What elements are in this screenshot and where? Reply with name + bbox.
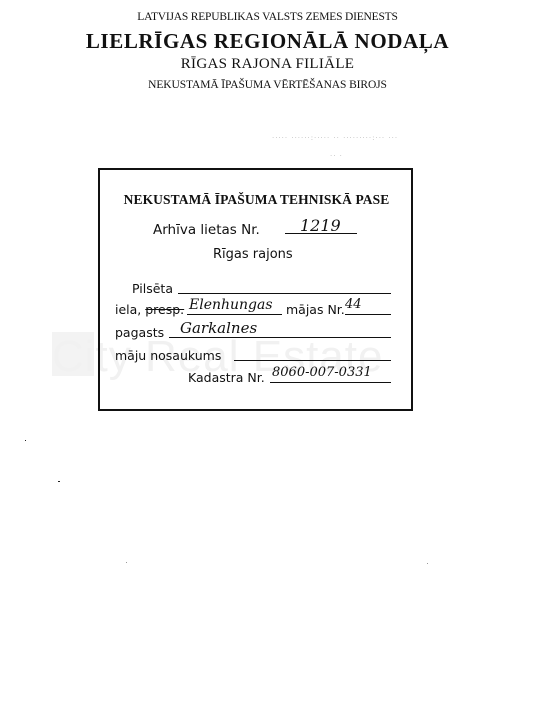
house-name-label: māju nosaukums <box>115 348 221 363</box>
header-office: NEKUSTAMĀ ĪPAŠUMA VĒRTĒŠANAS BIROJS <box>0 79 535 91</box>
form-title: NEKUSTAMĀ ĪPAŠUMA TEHNISKĀ PASE <box>104 192 409 208</box>
parish-label: pagasts <box>115 325 164 340</box>
house-number-label: mājas Nr. <box>286 302 345 317</box>
header-regional-department: LIELRĪGAS REGIONĀLĀ NODAĻA <box>0 29 535 54</box>
street-label-prefix: iela, <box>115 302 145 317</box>
street-value: Elenhungas <box>189 297 273 313</box>
street-label: iela, presp. <box>115 302 184 317</box>
cadastre-underline <box>270 382 391 383</box>
header-branch: RĪGAS RAJONA FILIĀLE <box>0 56 535 73</box>
house-number-value: 44 <box>345 297 362 312</box>
parish-value: Garkalnes <box>180 319 257 337</box>
cadastre-label: Kadastra Nr. <box>188 370 265 385</box>
scan-speck <box>427 563 428 564</box>
city-label: Pilsēta <box>132 281 173 296</box>
house-name-underline <box>234 360 391 361</box>
scan-noise: ····· ······:····· ·· ·········:··· ··· <box>272 134 398 142</box>
city-underline <box>178 293 391 294</box>
scan-speck <box>58 481 60 482</box>
cadastre-value: 8060-007-0331 <box>272 365 372 380</box>
scan-speck <box>25 440 26 441</box>
scan-speck <box>126 562 127 563</box>
parish-underline <box>169 337 391 338</box>
street-underline <box>187 314 282 315</box>
district: Rīgas rajons <box>213 247 293 262</box>
archive-label: Arhīva lietas Nr. <box>153 222 260 238</box>
street-label-struck: presp. <box>145 302 184 317</box>
scan-noise: ·· · <box>330 152 343 160</box>
archive-number: 1219 <box>300 216 341 235</box>
house-number-underline <box>345 314 391 315</box>
header-agency: LATVIJAS REPUBLIKAS VALSTS ZEMES DIENEST… <box>0 11 535 23</box>
